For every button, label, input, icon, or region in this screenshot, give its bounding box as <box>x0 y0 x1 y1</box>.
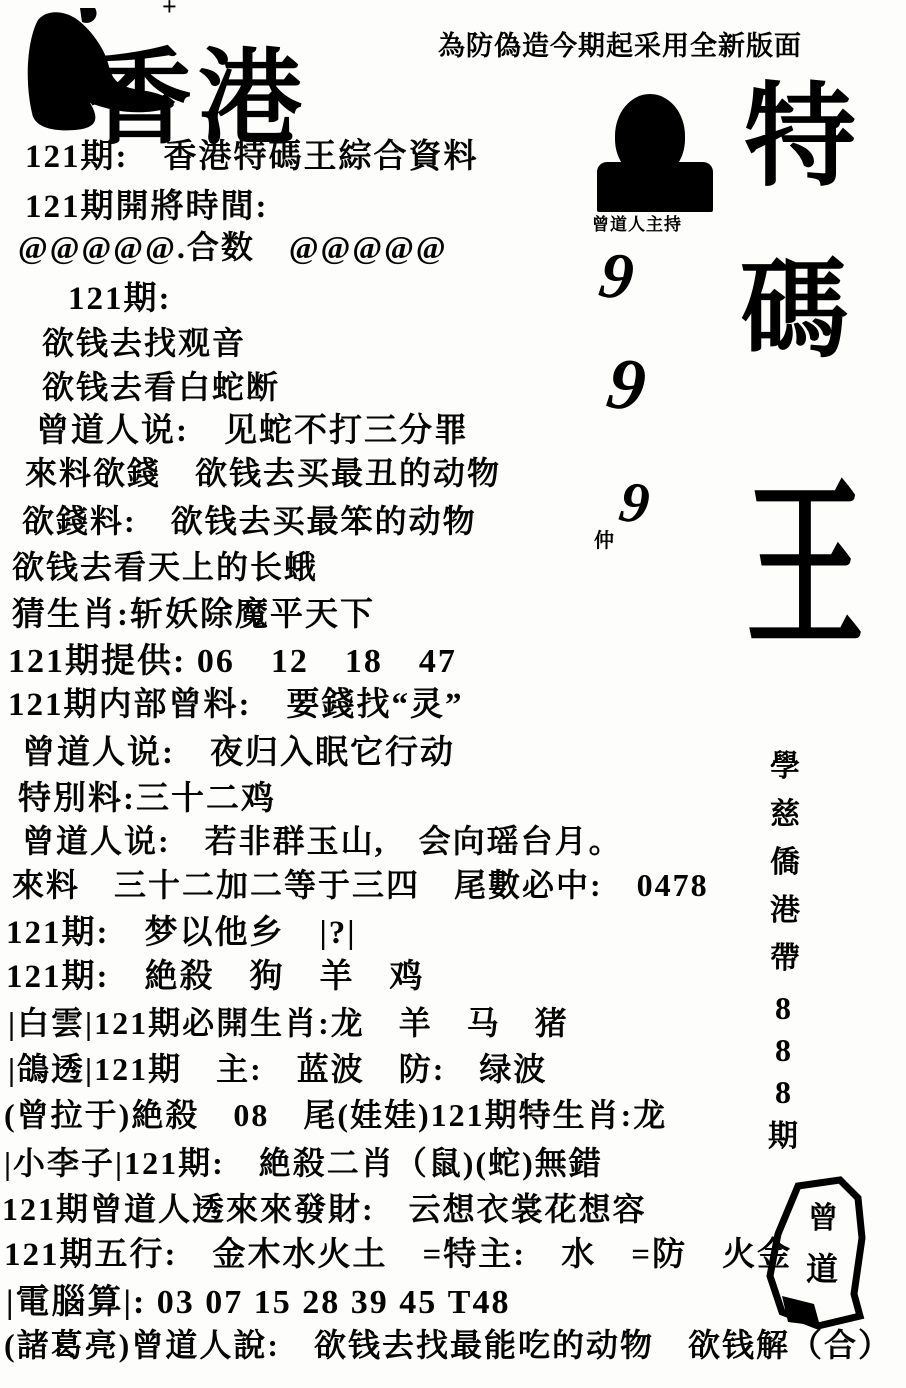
text-line: 曾道人说: 夜归入眠它行动 <box>22 726 455 773</box>
text-line: 121期: 香港特碼王綜合資料 <box>25 130 479 177</box>
text-line: 曾道人说: 见蛇不打三分罪 <box>36 404 469 451</box>
text-line: 121期開將時間: <box>25 180 269 227</box>
text-line: 121期提供: 06 12 18 47 <box>8 633 457 682</box>
masthead-char-wang: 王 <box>746 478 864 661</box>
signature-mark: 9 <box>596 242 638 312</box>
side-column-char: 8 <box>775 992 791 1024</box>
text-line: |小李子|121期: 絶殺二肖（鼠)(蛇)無錯 <box>4 1138 603 1184</box>
text-line: 欲錢料: 欲钱去买最笨的动物 <box>22 496 477 542</box>
anti-counterfeit-slogan: 為防偽造今期起采用全新版面 <box>438 24 802 63</box>
text-line: 121期曾道人透來來發財: 云想衣裳花想容 <box>2 1184 647 1230</box>
masthead-char-te: 特 <box>744 82 856 194</box>
side-column-char: 學 <box>770 752 800 782</box>
text-line: |鴿透|121期 主: 蓝波 防: 绿波 <box>8 1044 547 1090</box>
portrait-caption: 曾道人主持 <box>592 210 682 235</box>
text-line: |白雲|121期必開生肖:龙 羊 马 猪 <box>8 998 569 1044</box>
scanned-lottery-sheet: + 香港 為防偽造今期起采用全新版面 曾道人主持 9 9 9 仲 特 碼 王 學… <box>0 0 906 1388</box>
side-column-char: 僑 <box>770 848 800 878</box>
text-line: 猜生肖:斩妖除魔平天下 <box>12 588 375 635</box>
text-line: (曾拉于)絶殺 08 尾(娃娃)121期特生肖:龙 <box>4 1090 667 1136</box>
side-column-char: 8 <box>775 1076 791 1108</box>
signature-mark: 9 <box>616 472 653 533</box>
text-line: 121期内部曾料: 要錢找“灵” <box>8 678 464 725</box>
signature-small-mark: 仲 <box>594 524 615 553</box>
signature-mark: 9 <box>603 346 650 424</box>
text-line: 特別料:三十二鸡 <box>18 772 276 819</box>
text-line: 121期: <box>68 272 172 319</box>
text-line: 來料欲錢 欲钱去买最丑的动物 <box>25 448 501 494</box>
text-line: @@@@@.合数 @@@@@ <box>18 222 448 268</box>
text-line: 曾道人说: 若非群玉山, 会向瑶台月。 <box>22 816 623 862</box>
side-column-char: 帶 <box>770 944 800 974</box>
svg-text:曾: 曾 <box>808 1201 838 1235</box>
text-line: 來料 三十二加二等于三四 尾數必中: 0478 <box>12 860 709 906</box>
text-line: 121期: 絶殺 狗 羊 鸡 <box>6 950 425 997</box>
text-line: 121期五行: 金木水火土 =特主: 水 =防 火金 <box>4 1228 792 1275</box>
text-line: 欲钱去看白蛇断 <box>42 362 280 408</box>
side-column-char: 8 <box>775 1034 791 1066</box>
text-line: 121期: 梦以他乡 |?| <box>6 906 357 953</box>
text-line: |電腦算|: 03 07 15 28 39 45 T48 <box>6 1274 510 1323</box>
text-line: 欲钱去看天上的长蛾 <box>12 542 318 588</box>
masthead-char-ma: 碼 <box>740 258 848 366</box>
svg-text:道: 道 <box>806 1251 838 1287</box>
side-column-char: 港 <box>770 896 800 926</box>
text-line: 欲钱去找观音 <box>42 318 246 364</box>
side-column-char: 慈 <box>770 800 800 830</box>
side-column-char: 期 <box>768 1122 798 1152</box>
text-line: (諸葛亮)曾道人說: 欲钱去找最能吃的动物 欲钱解（合） <box>4 1320 892 1366</box>
